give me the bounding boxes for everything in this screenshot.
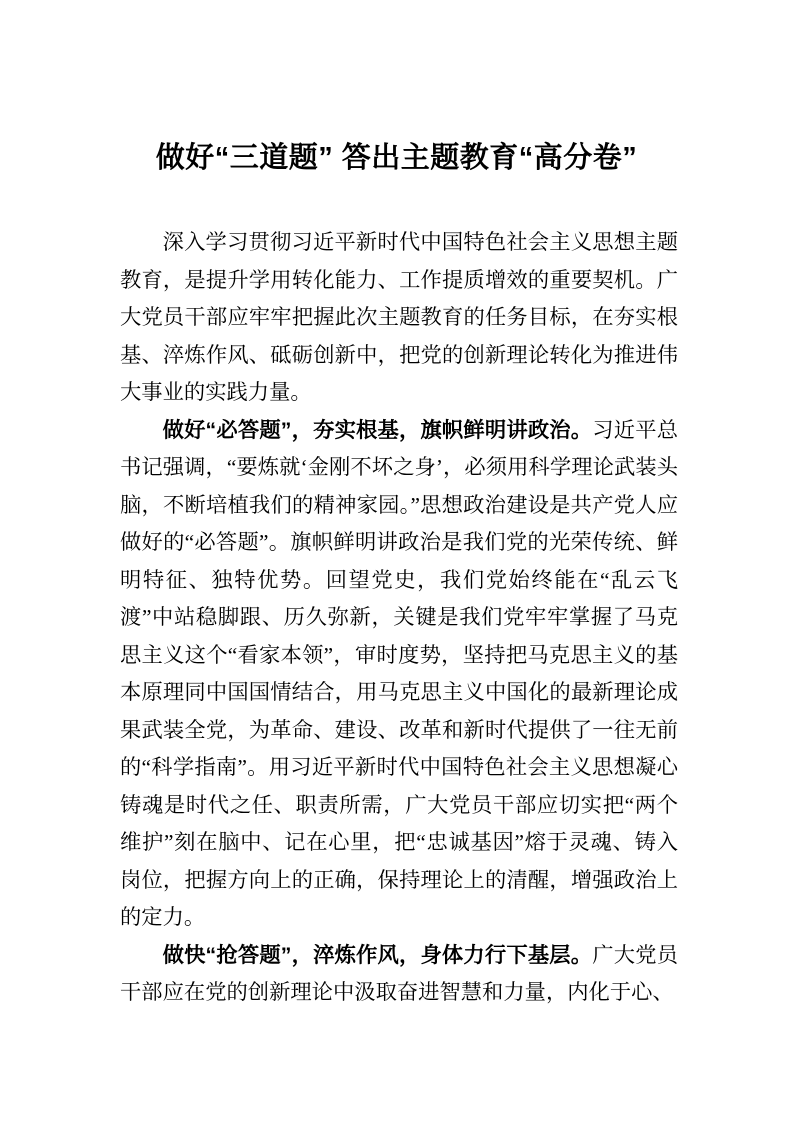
document-title: 做好“三道题” 答出主题教育“高分卷” bbox=[40, 137, 753, 179]
paragraph-bidati-text: 习近平总书记强调，“要炼就‘金刚不坏之身’，必须用科学理论武装头脑，不断培植我们… bbox=[120, 418, 678, 930]
paragraph-qiangdati-lead: 做快“抢答题”，淬炼作风，身体力行下基层。 bbox=[163, 943, 593, 967]
paragraph-bidati-lead: 做好“必答题”，夯实根基，旗帜鲜明讲政治。 bbox=[163, 418, 593, 442]
paragraph-intro-text: 深入学习贯彻习近平新时代中国特色社会主义思想主题教育，是提升学用转化能力、工作提… bbox=[120, 230, 678, 404]
paragraph-qiangdati: 做快“抢答题”，淬炼作风，身体力行下基层。广大党员干部应在党的创新理论中汲取奋进… bbox=[120, 937, 678, 1012]
paragraph-bidati: 做好“必答题”，夯实根基，旗帜鲜明讲政治。习近平总书记强调，“要炼就‘金刚不坏之… bbox=[120, 412, 678, 937]
document-body: 深入学习贯彻习近平新时代中国特色社会主义思想主题教育，是提升学用转化能力、工作提… bbox=[120, 224, 678, 1012]
document-page: 做好“三道题” 答出主题教育“高分卷” 深入学习贯彻习近平新时代中国特色社会主义… bbox=[0, 0, 793, 1122]
paragraph-intro: 深入学习贯彻习近平新时代中国特色社会主义思想主题教育，是提升学用转化能力、工作提… bbox=[120, 224, 678, 412]
